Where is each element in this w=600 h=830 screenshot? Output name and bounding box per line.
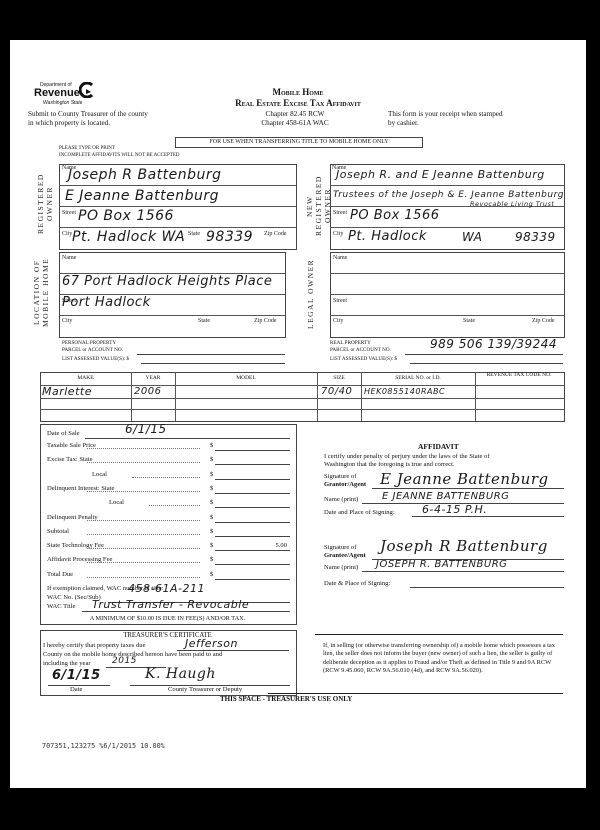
currency-symbol: $ xyxy=(210,485,213,492)
tax-amount-field[interactable] xyxy=(215,450,290,451)
tax-amount-field[interactable] xyxy=(215,493,290,494)
grantee-date-place-field[interactable] xyxy=(410,587,564,588)
tax-line-label: Total Due xyxy=(47,571,73,578)
dot-leader xyxy=(87,548,200,549)
cashier-stamp: 707351,123275 %6/1/2015 10.00% xyxy=(42,742,165,750)
col-model: MODEL xyxy=(175,375,317,381)
treasurer-certificate-title: TREASURER'S CERTIFICATE xyxy=(40,632,295,639)
col-size: SIZE xyxy=(317,375,361,381)
wac-title-field[interactable] xyxy=(82,611,290,612)
cell-make[interactable]: Marlette xyxy=(42,385,92,398)
col-revenue-tax-code: REVENUE TAX CODE NO. xyxy=(475,372,563,378)
tax-line-label: Local xyxy=(92,471,107,478)
grantor-signature-field[interactable] xyxy=(372,488,564,489)
form-page: Department of Revenue Washington State M… xyxy=(10,40,586,788)
date-of-sale-field[interactable] xyxy=(85,438,290,439)
personal-property-parcel-field[interactable] xyxy=(137,354,285,355)
cell-size[interactable]: 70/40 xyxy=(321,386,352,397)
location-label: LOCATION OF MOBILE HOME xyxy=(32,250,58,334)
new-owner-name-2[interactable]: Trustees of the Joseph & E. Jeanne Batte… xyxy=(333,190,564,200)
col-serial: SERIAL NO. or I.D. xyxy=(361,375,475,381)
currency-symbol: $ xyxy=(210,456,213,463)
new-owner-zip[interactable]: 98339 xyxy=(515,230,556,244)
new-owner-state[interactable]: WA xyxy=(462,230,482,244)
dot-leader xyxy=(87,534,200,535)
cell-year[interactable]: 2006 xyxy=(134,386,161,397)
affidavit-title: AFFIDAVIT xyxy=(418,442,459,451)
treasurer-signature[interactable]: K. Haugh xyxy=(145,666,216,682)
treasurer-county[interactable]: Jefferson xyxy=(185,637,238,650)
tax-line-label: Excise Tax: State xyxy=(47,456,93,463)
location-address[interactable]: 67 Port Hadlock Heights Place xyxy=(62,274,272,289)
tax-amount-field[interactable] xyxy=(215,536,290,537)
real-assessed-value-field[interactable] xyxy=(410,363,563,364)
minimum-due-note: A MINIMUM OF $10.00 IS DUE IN FEE(S) AND… xyxy=(40,615,295,622)
location-street[interactable]: Port Hadlock xyxy=(62,295,151,310)
currency-symbol: $ xyxy=(210,499,213,506)
grantor-date-place[interactable]: 6-4-15 P.H. xyxy=(422,503,487,516)
legal-owner-box xyxy=(330,252,565,338)
currency-symbol: $ xyxy=(210,471,213,478)
tax-line-label: Local xyxy=(109,499,124,506)
tax-amount-field[interactable] xyxy=(215,479,290,480)
registered-owner-name-1[interactable]: Joseph R Battenburg xyxy=(68,167,222,183)
tax-amount-field[interactable] xyxy=(215,522,290,523)
title-mobile-home: Mobile Home xyxy=(10,87,586,97)
currency-symbol: $ xyxy=(210,442,213,449)
submit-instructions: Submit to County Treasurer of the county… xyxy=(28,110,148,128)
tax-line-label: Subtotal xyxy=(47,528,69,535)
tax-amount-field[interactable] xyxy=(215,564,290,565)
tax-amount-field[interactable] xyxy=(215,507,290,508)
tax-amount-value: 5.00 xyxy=(215,542,287,549)
dot-leader xyxy=(87,520,200,521)
currency-symbol: $ xyxy=(210,556,213,563)
new-registered-owner-label: NEW REGISTERED OWNER xyxy=(305,164,325,248)
currency-symbol: $ xyxy=(210,514,213,521)
wac-number[interactable]: 458-61A-211 xyxy=(128,582,205,595)
currency-symbol: $ xyxy=(210,542,213,549)
treasurer-date[interactable]: 6/1/15 xyxy=(52,668,101,683)
registered-owner-zip[interactable]: 98339 xyxy=(206,229,253,245)
real-property-parcel-field[interactable] xyxy=(405,354,563,355)
cell-serial[interactable]: HEK0855140RABC xyxy=(364,387,445,396)
grantor-date-place-field[interactable] xyxy=(412,516,564,517)
dot-leader xyxy=(149,505,200,506)
tax-amount-field[interactable] xyxy=(215,464,290,465)
grantor-signature[interactable]: E Jeanne Battenburg xyxy=(380,470,549,488)
treasurer-year[interactable]: 2015 xyxy=(112,656,137,666)
registered-owner-label: REGISTERED OWNER xyxy=(36,164,56,244)
dot-leader xyxy=(87,577,200,578)
grantor-name-print[interactable]: E JEANNE BATTENBURG xyxy=(382,491,509,502)
usage-banner: FOR USE WHEN TRANSFERRING TITLE TO MOBIL… xyxy=(175,137,423,148)
new-owner-trust-note[interactable]: Revocable Living Trust xyxy=(470,200,554,208)
registered-owner-city[interactable]: Pt. Hadlock WA xyxy=(72,229,185,245)
dot-leader xyxy=(87,562,200,563)
new-owner-name-1[interactable]: Joseph R. and E Jeanne Battenburg xyxy=(336,168,545,181)
dot-leader xyxy=(87,448,200,449)
date-of-sale[interactable]: 6/1/15 xyxy=(125,422,167,436)
tax-amount-field[interactable] xyxy=(215,579,290,580)
chapter-refs: Chapter 82.45 RCW Chapter 458-61A WAC xyxy=(240,110,350,128)
col-year: YEAR xyxy=(131,375,175,381)
registered-owner-name-2[interactable]: E Jeanne Battenburg xyxy=(65,188,219,204)
dot-leader xyxy=(132,477,200,478)
new-owner-street[interactable]: PO Box 1566 xyxy=(350,208,440,223)
dot-leader xyxy=(87,491,200,492)
receipt-note: This form is your receipt when stamped b… xyxy=(388,110,503,128)
fraud-notice: If, in selling (or otherwise transferrin… xyxy=(323,642,563,676)
col-make: MAKE xyxy=(40,375,131,381)
instruction-incomplete: INCOMPLETE AFFIDAVITS WILL NOT BE ACCEPT… xyxy=(59,152,180,159)
dot-leader xyxy=(87,462,200,463)
grantee-name-print[interactable]: JOSEPH R. BATTENBURG xyxy=(376,559,507,570)
tax-amount-field[interactable] xyxy=(215,550,290,551)
wac-title[interactable]: Trust Transfer - Revocable xyxy=(92,598,249,611)
real-property-parcel[interactable]: 989 506 139/39244 xyxy=(430,337,557,351)
new-owner-city[interactable]: Pt. Hadlock xyxy=(348,229,427,244)
title-affidavit: Real Estate Excise Tax Affidavit xyxy=(10,98,586,108)
currency-symbol: $ xyxy=(210,528,213,535)
legal-owner-label: LEGAL OWNER xyxy=(306,252,326,336)
currency-symbol: $ xyxy=(210,571,213,578)
registered-owner-street[interactable]: PO Box 1566 xyxy=(78,208,174,224)
grantee-signature[interactable]: Joseph R Battenburg xyxy=(380,537,548,555)
grantee-name-field[interactable] xyxy=(362,571,564,572)
treasurer-use-only: THIS SPACE - TREASURER'S USE ONLY xyxy=(220,695,352,703)
instruction-type-print: PLEASE TYPE OR PRINT xyxy=(59,145,115,152)
personal-assessed-value-field[interactable] xyxy=(141,363,285,364)
